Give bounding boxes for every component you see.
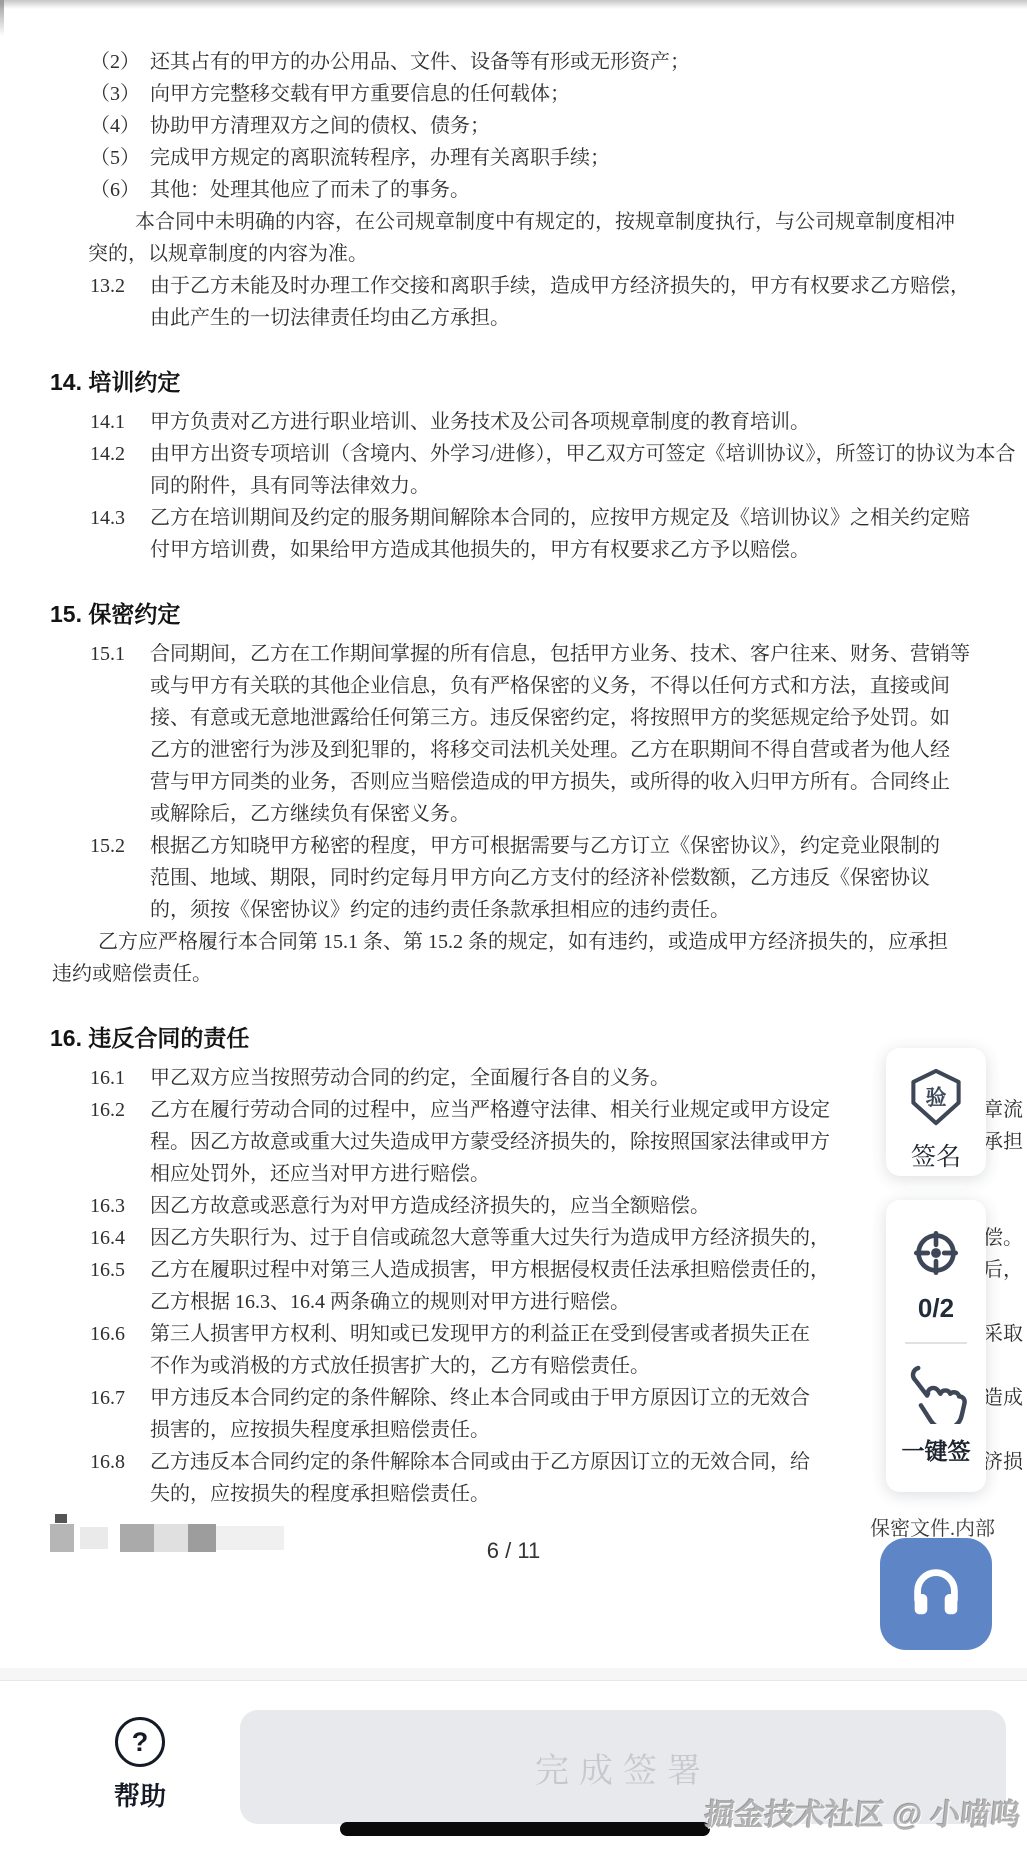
doc-line-text: 乙方违反本合同约定的条件解除本合同或由于乙方原因订立的无效合同，给 bbox=[150, 1451, 810, 1473]
doc-line: 16.6第三人损害甲方权利、明知或已发现甲方的利益正在受到侵害或者损失正在采取 bbox=[0, 1318, 1027, 1350]
doc-line-text: 范围、地域、期限，同时约定每月甲方向乙方支付的经济补偿数额，乙方违反《保密协议 bbox=[150, 867, 930, 889]
doc-line-text: 还其占有的甲方的办公用品、文件、设备等有形或无形资产； bbox=[150, 51, 690, 73]
doc-line-text: 乙方的泄密行为涉及到犯罪的，将移交司法机关处理。乙方在职期间不得自营或者为他人经 bbox=[150, 739, 950, 761]
paragraph-gap bbox=[0, 990, 1027, 1016]
doc-line-fragment: 造成 bbox=[983, 1382, 1023, 1414]
help-label: 帮助 bbox=[110, 1776, 170, 1813]
doc-line: 乙方根据 16.3、16.4 两条确立的规则对甲方进行赔偿。 bbox=[0, 1286, 1027, 1318]
section-heading: 16. 违反合同的责任 bbox=[0, 1018, 1027, 1058]
shield-verify-icon: 验 bbox=[907, 1068, 965, 1131]
doc-line-text: 合同期间，乙方在工作期间掌握的所有信息，包括甲方业务、技术、客户往来、财务、营销… bbox=[150, 643, 970, 665]
doc-line: 同的附件，具有同等法律效力。 bbox=[0, 470, 1027, 502]
doc-line: 突的，以规章制度的内容为准。 bbox=[0, 238, 1027, 270]
signature-counter: 0/2 bbox=[918, 1293, 954, 1324]
doc-line: 本合同中未明确的内容，在公司规章制度中有规定的，按规章制度执行，与公司规章制度相… bbox=[0, 206, 1027, 238]
doc-line: 程。因乙方故意或重大过失造成甲方蒙受经济损失的，除按照国家法律或甲方承担 bbox=[0, 1126, 1027, 1158]
doc-line: 15.1合同期间，乙方在工作期间掌握的所有信息，包括甲方业务、技术、客户往来、财… bbox=[0, 638, 1027, 670]
confidential-label: 保密文件.内部 bbox=[870, 1512, 995, 1541]
contract-page[interactable]: （2）还其占有的甲方的办公用品、文件、设备等有形或无形资产；（3）向甲方完整移交… bbox=[0, 0, 1027, 1510]
doc-line-text: 损害的，应按损失程度承担赔偿责任。 bbox=[150, 1419, 490, 1441]
doc-line: 16.3因乙方故意或恶意行为对甲方造成经济损失的，应当全额赔偿。 bbox=[0, 1190, 1027, 1222]
doc-line-text: 甲方负责对乙方进行职业培训、业务技术及公司各项规章制度的教育培训。 bbox=[150, 411, 810, 433]
section-heading: 15. 保密约定 bbox=[0, 594, 1027, 634]
doc-line: 范围、地域、期限，同时约定每月甲方向乙方支付的经济补偿数额，乙方违反《保密协议 bbox=[0, 862, 1027, 894]
redaction-block bbox=[154, 1524, 188, 1552]
doc-line: 营与甲方同类的业务，否则应当赔偿造成的甲方损失，或所得的收入归甲方所有。合同终止 bbox=[0, 766, 1027, 798]
doc-line: （4）协助甲方清理双方之间的债权、债务； bbox=[0, 110, 1027, 142]
doc-line-text: 由于乙方未能及时办理工作交接和离职手续，造成甲方经济损失的，甲方有权要求乙方赔偿… bbox=[150, 275, 970, 297]
clause-number: 16.2 bbox=[90, 1094, 125, 1126]
doc-line: 不作为或消极的方式放任损害扩大的，乙方有赔偿责任。 bbox=[0, 1350, 1027, 1382]
doc-line-text: 15. 保密约定 bbox=[50, 601, 180, 627]
doc-line-text: 由此产生的一切法律责任均由乙方承担。 bbox=[150, 307, 510, 329]
clause-number: （4） bbox=[90, 110, 140, 142]
clause-number: （6） bbox=[90, 174, 140, 206]
doc-line-text: 或解除后，乙方继续负有保密义务。 bbox=[150, 803, 470, 825]
watermark: 掘金技术社区 @ 小喵呜 bbox=[703, 1790, 1024, 1834]
sign-locator-card: 0/2 一键签 bbox=[886, 1200, 986, 1492]
crosshair-target-icon[interactable] bbox=[907, 1224, 965, 1287]
doc-line-text: 其他：处理其他应了而未了的事务。 bbox=[150, 179, 470, 201]
home-indicator bbox=[340, 1822, 710, 1836]
clause-number: 15.1 bbox=[90, 638, 125, 670]
redaction-block bbox=[188, 1524, 216, 1552]
doc-line-text: 违约或赔偿责任。 bbox=[52, 963, 212, 985]
doc-line: 16.1甲乙双方应当按照劳动合同的约定，全面履行各自的义务。 bbox=[0, 1062, 1027, 1094]
doc-line-fragment: 章流 bbox=[983, 1094, 1023, 1126]
clause-number: 16.4 bbox=[90, 1222, 125, 1254]
doc-line: 13.2由于乙方未能及时办理工作交接和离职手续，造成甲方经济损失的，甲方有权要求… bbox=[0, 270, 1027, 302]
doc-line-text: 根据乙方知晓甲方秘密的程度，甲方可根据需要与乙方订立《保密协议》，约定竞业限制的 bbox=[150, 835, 940, 857]
doc-line-text: 协助甲方清理双方之间的债权、债务； bbox=[150, 115, 490, 137]
doc-line-text: 不作为或消极的方式放任损害扩大的，乙方有赔偿责任。 bbox=[150, 1355, 650, 1377]
clause-number: 16.1 bbox=[90, 1062, 125, 1094]
redaction-block bbox=[216, 1526, 284, 1550]
doc-line: 14.3乙方在培训期间及约定的服务期间解除本合同的，应按甲方规定及《培训协议》之… bbox=[0, 502, 1027, 534]
doc-line-text: 甲方违反本合同约定的条件解除、终止本合同或由于甲方原因订立的无效合 bbox=[150, 1387, 810, 1409]
clause-number: 16.8 bbox=[90, 1446, 125, 1478]
redaction-block bbox=[80, 1527, 108, 1549]
doc-line: 16.7甲方违反本合同约定的条件解除、终止本合同或由于甲方原因订立的无效合造成 bbox=[0, 1382, 1027, 1414]
doc-line-text: 完成甲方规定的离职流转程序，办理有关离职手续； bbox=[150, 147, 610, 169]
clause-number: 14.1 bbox=[90, 406, 125, 438]
sign-label: 签名 bbox=[911, 1137, 961, 1173]
doc-line-text: 突的，以规章制度的内容为准。 bbox=[88, 243, 368, 265]
doc-line-text: 或与甲方有关联的其他企业信息，负有严格保密的义务，不得以任何方式和方法，直接或间 bbox=[150, 675, 950, 697]
doc-line-text: 付甲方培训费，如果给甲方造成其他损失的，甲方有权要求乙方予以赔偿。 bbox=[150, 539, 810, 561]
doc-line-text: 同的附件，具有同等法律效力。 bbox=[150, 475, 430, 497]
paragraph-gap bbox=[0, 334, 1027, 360]
doc-line: 16.8乙方违反本合同约定的条件解除本合同或由于乙方原因订立的无效合同，给济损 bbox=[0, 1446, 1027, 1478]
doc-line-text: 第三人损害甲方权利、明知或已发现甲方的利益正在受到侵害或者损失正在 bbox=[150, 1323, 810, 1345]
doc-line: 损害的，应按损失程度承担赔偿责任。 bbox=[0, 1414, 1027, 1446]
doc-line: 的，须按《保密协议》约定的违约责任条款承担相应的违约责任。 bbox=[0, 894, 1027, 926]
doc-line: 14.1甲方负责对乙方进行职业培训、业务技术及公司各项规章制度的教育培训。 bbox=[0, 406, 1027, 438]
doc-line-text: 16. 违反合同的责任 bbox=[50, 1025, 249, 1051]
doc-line-text: 相应处罚外，还应当对甲方进行赔偿。 bbox=[150, 1163, 490, 1185]
doc-line: 违约或赔偿责任。 bbox=[0, 958, 1027, 990]
clause-number: （3） bbox=[90, 78, 140, 110]
esign-document-screen: （2）还其占有的甲方的办公用品、文件、设备等有形或无形资产；（3）向甲方完整移交… bbox=[0, 0, 1027, 1857]
doc-line: 失的，应按损失的程度承担赔偿责任。 bbox=[0, 1478, 1027, 1510]
doc-line: （6）其他：处理其他应了而未了的事务。 bbox=[0, 174, 1027, 206]
doc-line-text: 失的，应按损失的程度承担赔偿责任。 bbox=[150, 1483, 490, 1505]
redaction-block bbox=[50, 1524, 74, 1552]
doc-line-text: 向甲方完整移交载有甲方重要信息的任何载体； bbox=[150, 83, 570, 105]
doc-line-fragment: 承担 bbox=[983, 1126, 1023, 1158]
doc-line-text: 因乙方失职行为、过于自信或疏忽大意等重大过失行为造成甲方经济损失的， bbox=[150, 1227, 830, 1249]
clause-number: 13.2 bbox=[90, 270, 125, 302]
doc-line-text: 的，须按《保密协议》约定的违约责任条款承担相应的违约责任。 bbox=[150, 899, 730, 921]
clause-number: 16.6 bbox=[90, 1318, 125, 1350]
section-heading: 14. 培训约定 bbox=[0, 362, 1027, 402]
doc-line: 16.5乙方在履职过程中对第三人造成损害，甲方根据侵权责任法承担赔偿责任的，后， bbox=[0, 1254, 1027, 1286]
doc-line-fragment: 济损 bbox=[983, 1446, 1023, 1478]
doc-line-text: 14. 培训约定 bbox=[50, 369, 180, 395]
doc-line: （2）还其占有的甲方的办公用品、文件、设备等有形或无形资产； bbox=[0, 46, 1027, 78]
question-circle-icon: ? bbox=[115, 1717, 165, 1767]
doc-line: 乙方应严格履行本合同第 15.1 条、第 15.2 条的规定，如有违约，或造成甲… bbox=[0, 926, 1027, 958]
doc-line-text: 乙方在履职过程中对第三人造成损害，甲方根据侵权责任法承担赔偿责任的， bbox=[150, 1259, 830, 1281]
doc-line-text: 由甲方出资专项培训（含境内、外学习/进修），甲乙双方可签定《培训协议》，所签订的… bbox=[150, 443, 1016, 465]
doc-line-text: 甲乙双方应当按照劳动合同的约定，全面履行各自的义务。 bbox=[150, 1067, 670, 1089]
doc-line-text: 程。因乙方故意或重大过失造成甲方蒙受经济损失的，除按照国家法律或甲方 bbox=[150, 1131, 830, 1153]
doc-line-text: 乙方根据 16.3、16.4 两条确立的规则对甲方进行赔偿。 bbox=[150, 1291, 630, 1313]
doc-line-text: 乙方在履行劳动合同的过程中，应当严格遵守法律、相关行业规定或甲方设定 bbox=[150, 1099, 830, 1121]
clause-number: （5） bbox=[90, 142, 140, 174]
redaction-block bbox=[55, 1514, 67, 1523]
doc-line-text: 接、有意或无意地泄露给任何第三方。违反保密约定，将按照甲方的奖惩规定给予处罚。如 bbox=[150, 707, 950, 729]
doc-line-text: 因乙方故意或恶意行为对甲方造成经济损失的，应当全额赔偿。 bbox=[150, 1195, 710, 1217]
clause-number: 15.2 bbox=[90, 830, 125, 862]
bottom-bar-divider bbox=[0, 1668, 1027, 1681]
headphones-icon bbox=[905, 1561, 967, 1628]
doc-line-text: 乙方应严格履行本合同第 15.1 条、第 15.2 条的规定，如有违约，或造成甲… bbox=[98, 931, 948, 953]
doc-line-fragment: 偿。 bbox=[983, 1222, 1023, 1254]
doc-line-text: 本合同中未明确的内容，在公司规章制度中有规定的，按规章制度执行，与公司规章制度相… bbox=[135, 211, 955, 233]
doc-line: 16.4因乙方失职行为、过于自信或疏忽大意等重大过失行为造成甲方经济损失的，偿。 bbox=[0, 1222, 1027, 1254]
clause-number: 16.7 bbox=[90, 1382, 125, 1414]
doc-line: 付甲方培训费，如果给甲方造成其他损失的，甲方有权要求乙方予以赔偿。 bbox=[0, 534, 1027, 566]
page-top-shadow bbox=[0, 0, 1027, 9]
clause-number: 16.3 bbox=[90, 1190, 125, 1222]
headphone-service-button[interactable] bbox=[880, 1538, 992, 1650]
doc-line-fragment: 后， bbox=[983, 1254, 1023, 1286]
doc-line: 或与甲方有关联的其他企业信息，负有严格保密的义务，不得以任何方式和方法，直接或间 bbox=[0, 670, 1027, 702]
doc-line: 或解除后，乙方继续负有保密义务。 bbox=[0, 798, 1027, 830]
doc-line: 16.2乙方在履行劳动合同的过程中，应当严格遵守法律、相关行业规定或甲方设定章流 bbox=[0, 1094, 1027, 1126]
page-left-shadow bbox=[0, 0, 4, 36]
doc-line: （5）完成甲方规定的离职流转程序，办理有关离职手续； bbox=[0, 142, 1027, 174]
doc-line: 乙方的泄密行为涉及到犯罪的，将移交司法机关处理。乙方在职期间不得自营或者为他人经 bbox=[0, 734, 1027, 766]
clause-number: 14.3 bbox=[90, 502, 125, 534]
doc-line: 由此产生的一切法律责任均由乙方承担。 bbox=[0, 302, 1027, 334]
svg-text:验: 验 bbox=[926, 1086, 947, 1110]
doc-line-text: 乙方在培训期间及约定的服务期间解除本合同的，应按甲方规定及《培训协议》之相关约定… bbox=[150, 507, 970, 529]
card-divider bbox=[905, 1342, 967, 1344]
one-click-sign-label[interactable]: 一键签 bbox=[902, 1433, 971, 1466]
doc-line: 14.2由甲方出资专项培训（含境内、外学习/进修），甲乙双方可签定《培训协议》，… bbox=[0, 438, 1027, 470]
clause-number: （2） bbox=[90, 46, 140, 78]
doc-line: （3）向甲方完整移交载有甲方重要信息的任何载体； bbox=[0, 78, 1027, 110]
paragraph-gap bbox=[0, 566, 1027, 592]
doc-line: 接、有意或无意地泄露给任何第三方。违反保密约定，将按照甲方的奖惩规定给予处罚。如 bbox=[0, 702, 1027, 734]
doc-line-text: 营与甲方同类的业务，否则应当赔偿造成的甲方损失，或所得的收入归甲方所有。合同终止 bbox=[150, 771, 950, 793]
redaction-block bbox=[120, 1524, 154, 1552]
tap-hand-icon[interactable] bbox=[904, 1360, 968, 1429]
signature-card-button[interactable]: 验 签名 bbox=[886, 1048, 986, 1176]
doc-line: 相应处罚外，还应当对甲方进行赔偿。 bbox=[0, 1158, 1027, 1190]
help-button[interactable]: ? 帮助 bbox=[110, 1717, 170, 1813]
clause-number: 14.2 bbox=[90, 438, 125, 470]
doc-line: 15.2根据乙方知晓甲方秘密的程度，甲方可根据需要与乙方订立《保密协议》，约定竞… bbox=[0, 830, 1027, 862]
clause-number: 16.5 bbox=[90, 1254, 125, 1286]
doc-line-fragment: 采取 bbox=[983, 1318, 1023, 1350]
